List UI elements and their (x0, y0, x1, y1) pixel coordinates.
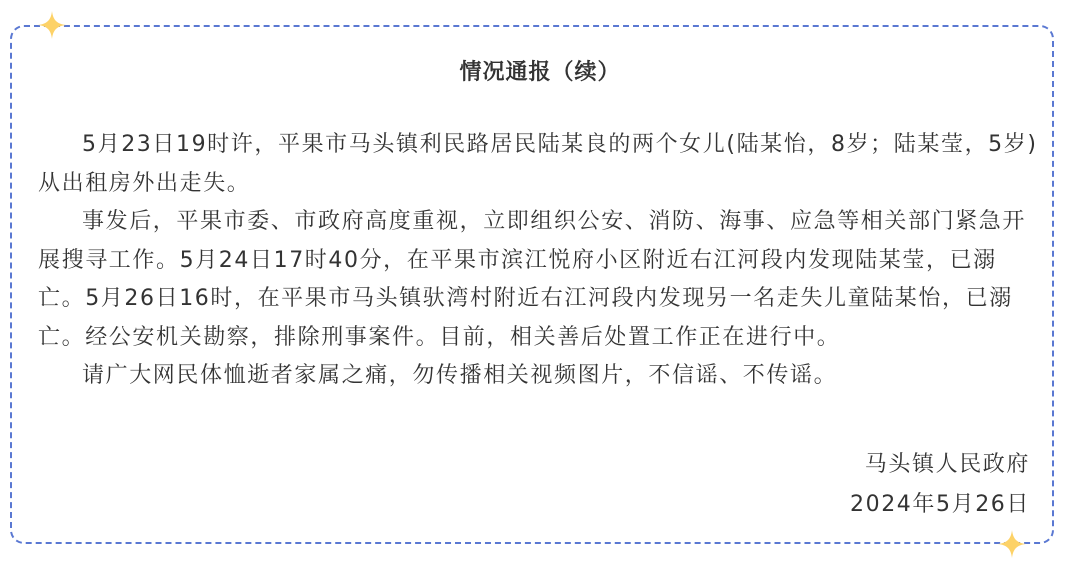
issue-date: 2024年5月26日 (850, 485, 1030, 525)
notice-title: 情况通报（续） (0, 55, 1080, 86)
paragraph-appeal: 请广大网民体恤逝者家属之痛，勿传播相关视频图片，不信谣、不传谣。 (38, 357, 1038, 396)
paragraph-incident: 5月23日19时许，平果市马头镇利民路居民陆某良的两个女儿(陆某怡，8岁；陆某莹… (38, 126, 1038, 203)
signature-block: 马头镇人民政府 2024年5月26日 (850, 445, 1030, 525)
issuer-name: 马头镇人民政府 (850, 445, 1030, 485)
sparkle-star-icon (998, 530, 1026, 558)
paragraph-search: 事发后，平果市委、市政府高度重视，立即组织公安、消防、海事、应急等相关部门紧急开… (38, 203, 1038, 357)
sparkle-star-icon (38, 11, 66, 39)
notice-body: 5月23日19时许，平果市马头镇利民路居民陆某良的两个女儿(陆某怡，8岁；陆某莹… (38, 126, 1038, 396)
